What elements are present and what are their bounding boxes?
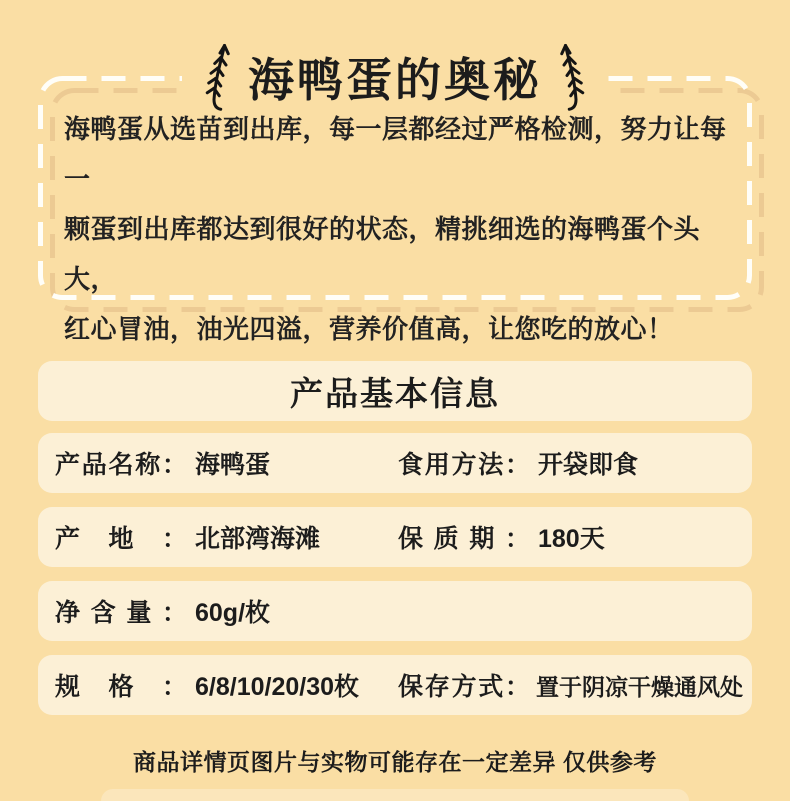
wheat-branch-icon (558, 41, 594, 113)
row-value: 6/8/10/20/30枚 (195, 667, 359, 703)
row-label: 保质期： (398, 519, 530, 555)
info-row-origin: 产地： 北部湾海滩 保质期： 180天 (38, 507, 752, 567)
row-label: 产品名称： (55, 445, 187, 481)
row-label: 净含量： (55, 593, 187, 629)
hero-description: 海鸭蛋从选苗到出库，每一层都经过严格检测，努力让每一 颗蛋到出库都达到很好的状态… (64, 104, 744, 354)
next-section-card-peek (101, 789, 689, 801)
row-label: 产地： (55, 519, 187, 555)
row-label: 食用方法： (398, 445, 530, 481)
hero-title-row: 海鸭蛋的奥秘 (0, 40, 790, 114)
disclaimer-text: 商品详情页图片与实物可能存在一定差异 仅供参考 (0, 744, 790, 777)
row-value: 60g/枚 (195, 593, 270, 629)
row-label: 规格： (55, 667, 187, 703)
row-value: 北部湾海滩 (195, 519, 320, 555)
page-title: 海鸭蛋的奥秘 (248, 44, 542, 110)
row-label: 保存方式： (398, 667, 530, 703)
row-value: 海鸭蛋 (195, 445, 270, 481)
row-value: 180天 (538, 519, 605, 555)
row-value: 开袋即食 (538, 445, 638, 481)
info-header: 产品基本信息 (38, 361, 752, 421)
info-row-spec: 规格： 6/8/10/20/30枚 保存方式： 置于阴凉干燥通风处 (38, 655, 752, 715)
info-row-product-name: 产品名称： 海鸭蛋 食用方法： 开袋即食 (38, 433, 752, 493)
info-row-net-weight: 净含量： 60g/枚 (38, 581, 752, 641)
wheat-branch-icon (196, 41, 232, 113)
row-value: 置于阴凉干燥通风处 (536, 669, 743, 702)
